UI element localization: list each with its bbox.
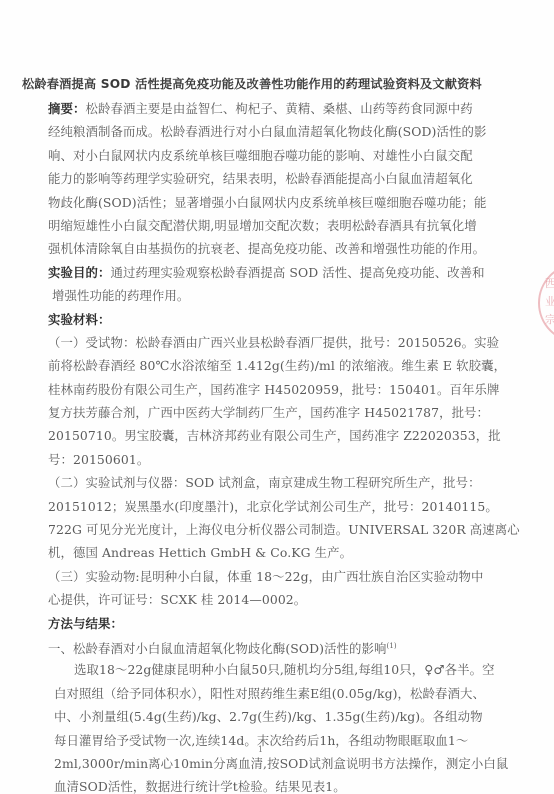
abstract-line: 强机体清除氧自由基损伤的抗衰老、提高免疫功能、改善和增强性功能的作用。 [48,237,478,260]
reference-marker: (1) [387,642,397,650]
section1-line: 选取18～22g健康昆明种小白鼠50只,随机均分5组,每组10只，♀♂各半。空 [48,658,478,681]
section1-line: 2ml,3000r/min离心10min分离血清,按SOD试剂盒说明书方法操作，… [48,752,478,775]
section1-line: 血清SOD活性，数据进行统计学t检验。结果见表1。 [48,775,478,794]
abstract-line: 摘要：松龄春酒主要是由益智仁、枸杞子、黄精、桑椹、山药等药食同源中药 [48,97,478,120]
materials-item1-line: 号：20150601。 [48,448,478,471]
purpose-label: 实验目的： [48,265,110,280]
stamp-text: 西 业 宗 [545,275,554,329]
abstract-line: 物歧化酶(SOD)活性；显著增强小白鼠网状内皮系统单核巨噬细胞吞噬功能；能 [48,191,478,214]
abstract-line: 响、对小白鼠网状内皮系统单核巨噬细胞吞噬功能的影响、对雄性小白鼠交配 [48,144,478,167]
abstract-line: 能力的影响等药理学实验研究，结果表明，松龄春酒能提高小白鼠血清超氧化 [48,167,478,190]
materials-item1-line: 桂林南药股份有限公司生产，国药准字 H45020959，批号：150401。百年… [48,378,478,401]
abstract-label: 摘要： [48,101,85,116]
section1-line: 中、小剂量组(5.4g(生药)/kg、2.7g(生药)/kg、1.35g(生药)… [48,705,478,728]
document-title: 松龄春酒提高 SOD 活性提高免疫功能及改善性功能作用的药理试验资料及文献资料 [22,75,542,92]
purpose-line: 实验目的：通过药理实验观察松龄春酒提高 SOD 活性、提高免疫功能、改善和 [48,261,478,284]
methods-heading: 方法与结果： [48,612,478,635]
page-number: 1 [258,745,263,754]
section1-heading: 一、松龄春酒对小白鼠血清超氧化物歧化酶(SOD)活性的影响(1) [48,635,478,658]
materials-item3-line: 心提供，许可证号：SCXK 桂 2014—0002。 [48,588,478,611]
materials-item2-line: （二）实验试剂与仪器：SOD 试剂盒，南京建成生物工程研究所生产，批号： [48,471,478,494]
materials-item1-line: 复方扶芳藤合剂，广西中医药大学制药厂生产，国药准字 H45021787，批号： [48,401,478,424]
abstract-line: 明缩短雄性小白鼠交配潜伏期,明显增加交配次数；表明松龄春酒具有抗氧化增 [48,214,478,237]
materials-item1-line: 前将松龄春酒经 80℃水浴浓缩至 1.412g(生药)/ml 的浓缩液。维生素 … [48,354,478,377]
materials-item1-line: 20150710。男宝胶囊，吉林济邦药业有限公司生产，国药准字 Z2202035… [48,424,478,447]
materials-item1-line: （一）受试物：松龄春酒由广西兴业县松龄春酒厂提供，批号：20150526。实验 [48,331,478,354]
abstract-line: 经纯粮酒制备而成。松龄春酒进行对小白鼠血清超氧化物歧化酶(SOD)活性的影 [48,120,478,143]
section1-line: 白对照组（给予同体积水），阳性对照药维生素E组(0.05g/kg)，松龄春酒大、 [48,682,478,705]
materials-item2-line: 722G 可见分光光度计，上海仪电分析仪器公司制造。UNIVERSAL 320R… [48,518,478,541]
purpose-line: 增强性功能的药理作用。 [48,284,478,307]
document-body: 摘要：松龄春酒主要是由益智仁、枸杞子、黄精、桑椹、山药等药食同源中药 经纯粮酒制… [48,97,478,794]
materials-item2-line: 20151012；炭黑墨水(印度墨汁)，北京化学试剂公司生产，批号：201401… [48,495,478,518]
materials-item3-line: （三）实验动物:昆明种小白鼠，体重 18～22g，由广西壮族自治区实验动物中 [48,565,478,588]
materials-heading: 实验材料： [48,308,478,331]
document-page: 松龄春酒提高 SOD 活性提高免疫功能及改善性功能作用的药理试验资料及文献资料 … [0,0,554,794]
materials-item2-line: 机，德国 Andreas Hettich GmbH & Co.KG 生产。 [48,541,478,564]
